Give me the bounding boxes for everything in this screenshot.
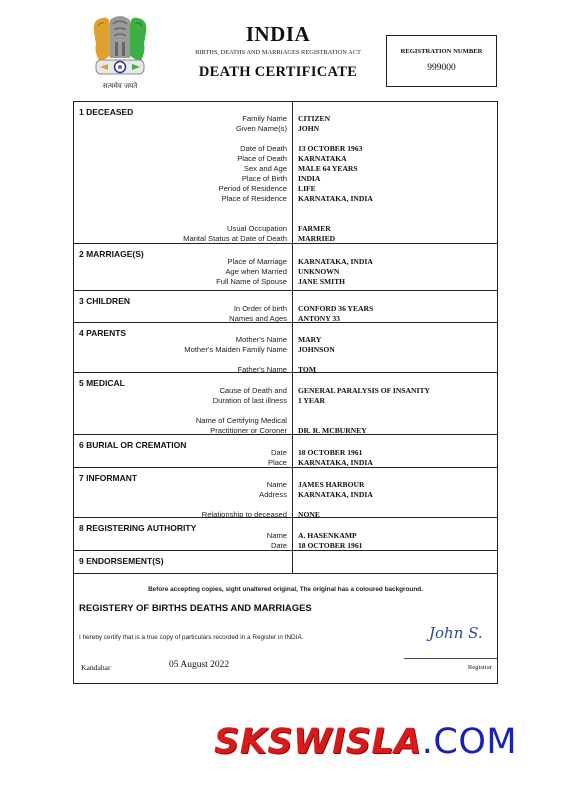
field-label: Place of Birth [242, 174, 287, 184]
field-value: JOHNSON [298, 345, 335, 355]
field-row: Place of DeathKARNATAKA [74, 154, 497, 164]
field-label: Place [268, 458, 287, 468]
field-row: Cause of Death andGENERAL PARALYSIS OF I… [74, 386, 497, 396]
field-value: CITIZEN [298, 114, 330, 124]
field-value: FARMER [298, 224, 331, 234]
field-label: Mother's Maiden Family Name [184, 345, 287, 355]
section-5: 5 MEDICALCause of Death andGENERAL PARAL… [74, 373, 497, 435]
field-value: JANE SMITH [298, 277, 345, 287]
field-row: Period of ResidenceLIFE [74, 184, 497, 194]
country-title: INDIA [178, 22, 378, 47]
field-row: Duration of last illness1 YEAR [74, 396, 497, 406]
section-4: 4 PARENTSMother's NameMARYMother's Maide… [74, 323, 497, 373]
field-label: In Order of birth [234, 304, 287, 314]
field-row: PlaceKARNATAKA, INDIA [74, 458, 497, 468]
field-label: Place of Residence [222, 194, 287, 204]
field-label: Cause of Death and [219, 386, 287, 396]
watermark-part1: SKSWISLA [214, 722, 422, 762]
field-label: Place of Marriage [227, 257, 287, 267]
field-label: Name [267, 480, 287, 490]
section-3: 3 CHILDRENIn Order of birthCONFORD 36 YE… [74, 291, 497, 323]
registrar-label: Registrar [468, 664, 492, 671]
field-row: Mother's Maiden Family NameJOHNSON [74, 345, 497, 355]
issue-place: Kandahar [81, 663, 111, 672]
field-label: Date [271, 448, 287, 458]
field-label: Given Name(s) [236, 124, 287, 134]
field-row: Date of Death13 OCTOBER 1963 [74, 144, 497, 154]
field-label: Sex and Age [244, 164, 287, 174]
field-value: 18 OCTOBER 1961 [298, 541, 362, 551]
field-row: NameA. HASENKAMP [74, 531, 497, 541]
field-label: Mother's Name [236, 335, 287, 345]
registration-number-label: REGISTRATION NUMBER [387, 48, 496, 55]
field-value: JOHN [298, 124, 319, 134]
field-value: KARNATAKA, INDIA [298, 257, 373, 267]
field-row: Date18 OCTOBER 1961 [74, 541, 497, 551]
field-label: Age when Married [225, 267, 287, 277]
field-label: Date of Death [240, 144, 287, 154]
field-label: Place of Death [237, 154, 287, 164]
field-label: Address [259, 490, 287, 500]
field-row: Place of BirthINDIA [74, 174, 497, 184]
registration-number-box: REGISTRATION NUMBER 999000 [386, 35, 497, 87]
field-value: KARNATAKA, INDIA [298, 194, 373, 204]
act-subtitle: BIRTHS, DEATHS AND MARRIAGES REGISTRATIO… [168, 49, 388, 56]
field-label: Name of Certifying Medical [196, 416, 287, 426]
field-value: 13 OCTOBER 1963 [298, 144, 362, 154]
field-value: 18 OCTOBER 1961 [298, 448, 362, 458]
field-value: 1 YEAR [298, 396, 325, 406]
registration-number-value: 999000 [387, 63, 496, 73]
field-row: Date18 OCTOBER 1961 [74, 448, 497, 458]
emblem-motto: सत्यमेव जयते [84, 82, 156, 91]
registry-heading: REGISTERY OF BIRTHS DEATHS AND MARRIAGES [79, 603, 312, 614]
field-value: GENERAL PARALYSIS OF INSANITY [298, 386, 430, 396]
authenticity-note: Before accepting copies, sight unaltered… [74, 586, 497, 593]
field-value: MALE 64 YEARS [298, 164, 358, 174]
field-value: KARNATAKA [298, 154, 347, 164]
field-row: In Order of birthCONFORD 36 YEARS [74, 304, 497, 314]
section-8: 8 REGISTERING AUTHORITYNameA. HASENKAMPD… [74, 518, 497, 551]
section-2: 2 MARRIAGE(S)Place of MarriageKARNATAKA,… [74, 244, 497, 291]
document-title: DEATH CERTIFICATE [168, 64, 388, 81]
field-label: Family Name [242, 114, 287, 124]
field-value: UNKNOWN [298, 267, 339, 277]
field-row: Age when MarriedUNKNOWN [74, 267, 497, 277]
section-7: 7 INFORMANTNameJAMES HARBOURAddressKARNA… [74, 468, 497, 518]
field-value: CONFORD 36 YEARS [298, 304, 373, 314]
field-value: INDIA [298, 174, 320, 184]
section-1: 1 DECEASEDFamily NameCITIZENGiven Name(s… [74, 102, 497, 244]
field-row: Usual OccupationFARMER [74, 224, 497, 234]
field-row: Full Name of SpouseJANE SMITH [74, 277, 497, 287]
field-label: Date [271, 541, 287, 551]
field-row: Family NameCITIZEN [74, 114, 497, 124]
field-row: Marital Status at Date of DeathMARRIED [74, 234, 497, 244]
field-row: Name of Certifying Medical [74, 416, 497, 426]
field-row: Place of MarriageKARNATAKA, INDIA [74, 257, 497, 267]
field-value: KARNATAKA, INDIA [298, 458, 373, 468]
watermark-logo: SKSWISLA.COM [214, 722, 517, 762]
section-9: 9 ENDORSEMENT(S) [74, 551, 497, 574]
field-row: Mother's NameMARY [74, 335, 497, 345]
certification-statement: I hereby certify that is a true copy of … [79, 633, 339, 642]
signature-line [404, 658, 498, 659]
field-row: Place of ResidenceKARNATAKA, INDIA [74, 194, 497, 204]
watermark-part2: .COM [422, 722, 517, 762]
field-row: AddressKARNATAKA, INDIA [74, 490, 497, 500]
field-value: JAMES HARBOUR [298, 480, 364, 490]
field-value: LIFE [298, 184, 316, 194]
issue-date: 05 August 2022 [169, 660, 229, 670]
field-row: NameJAMES HARBOUR [74, 480, 497, 490]
certificate-table: 1 DECEASEDFamily NameCITIZENGiven Name(s… [73, 101, 498, 684]
field-value: KARNATAKA, INDIA [298, 490, 373, 500]
field-row: Given Name(s)JOHN [74, 124, 497, 134]
field-label: Name [267, 531, 287, 541]
field-value: MARY [298, 335, 321, 345]
section-6: 6 BURIAL OR CREMATIONDate18 OCTOBER 1961… [74, 435, 497, 468]
field-label: Usual Occupation [227, 224, 287, 234]
field-label: Duration of last illness [213, 396, 287, 406]
registrar-signature: John S. [429, 624, 483, 642]
section-title: 9 ENDORSEMENT(S) [79, 556, 164, 566]
field-label: Marital Status at Date of Death [183, 234, 287, 244]
field-value: MARRIED [298, 234, 335, 244]
field-row: Sex and AgeMALE 64 YEARS [74, 164, 497, 174]
field-label: Period of Residence [219, 184, 287, 194]
field-value: A. HASENKAMP [298, 531, 357, 541]
field-label: Full Name of Spouse [216, 277, 287, 287]
